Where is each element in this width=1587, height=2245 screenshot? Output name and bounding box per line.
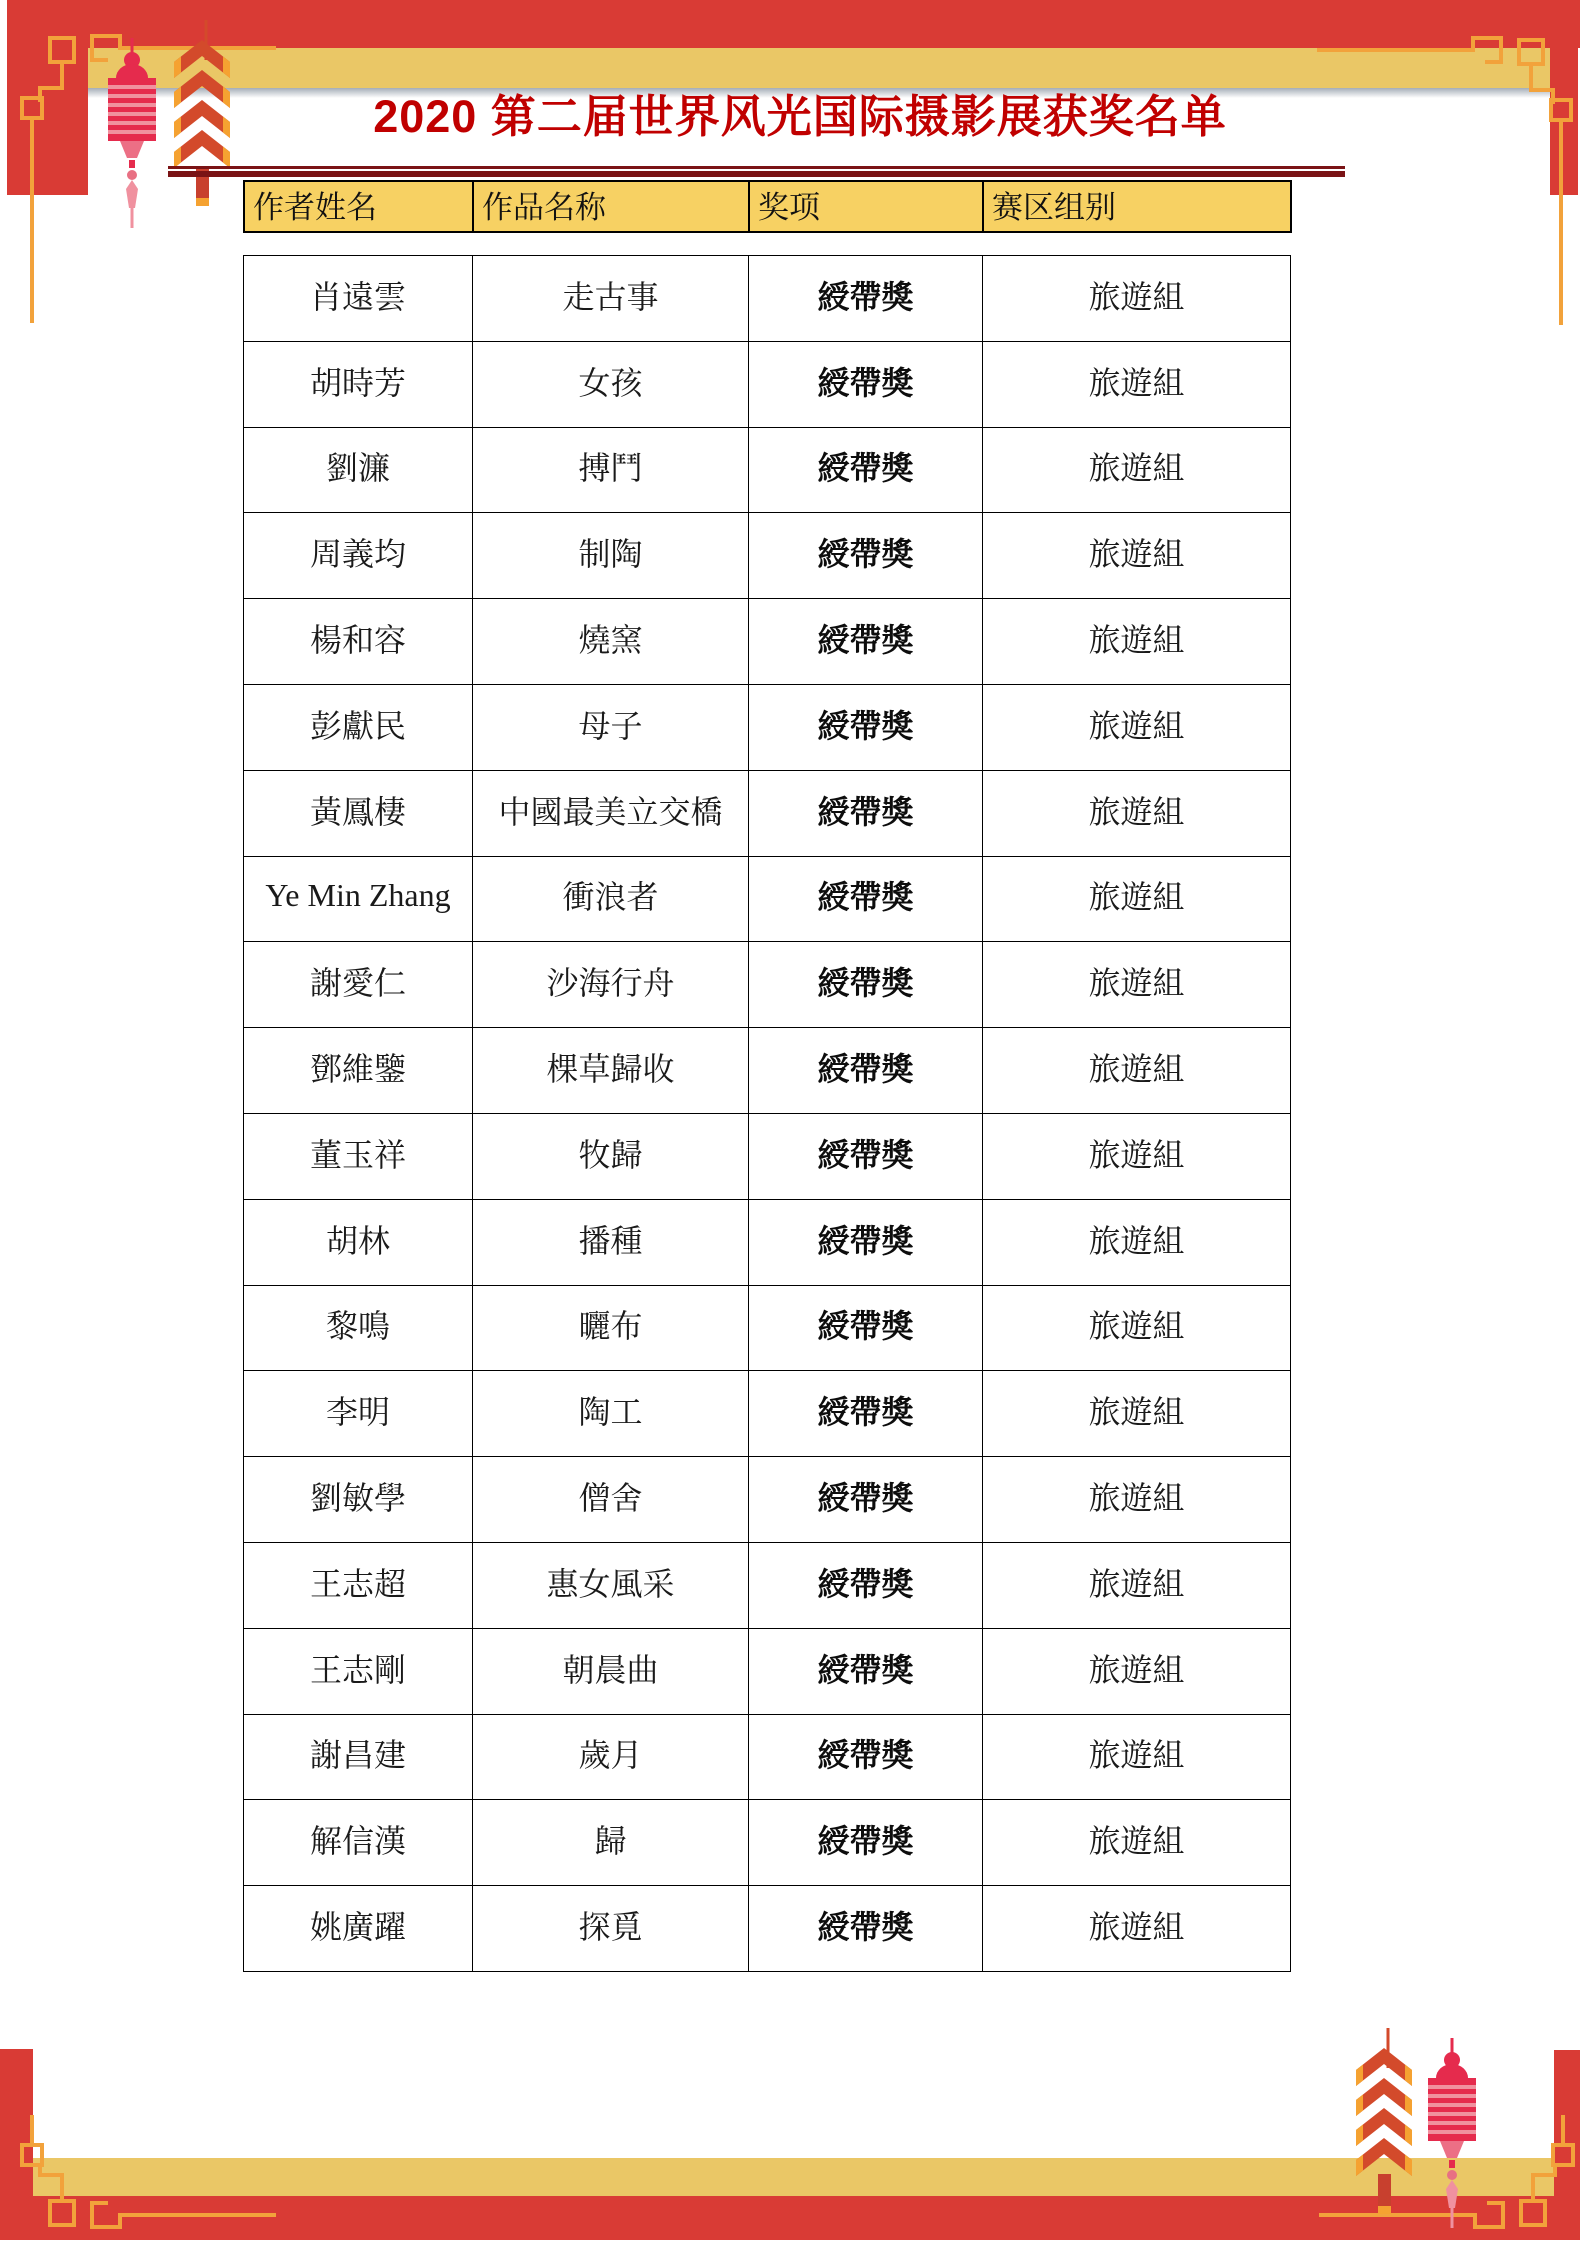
table-row: 王志剛朝晨曲綬帶獎旅遊組 (244, 1628, 1291, 1714)
author-cell: 王志剛 (244, 1628, 473, 1714)
title-divider (168, 166, 1345, 177)
author-cell: 劉濂 (244, 427, 473, 513)
table-row: 楊和容燒窯綬帶獎旅遊組 (244, 599, 1291, 685)
group-cell: 旅遊組 (983, 684, 1291, 770)
award-cell: 綬帶獎 (749, 1542, 983, 1628)
table-row: 解信漢歸綬帶獎旅遊組 (244, 1800, 1291, 1886)
table-row: 謝愛仁沙海行舟綬帶獎旅遊組 (244, 942, 1291, 1028)
work-cell: 女孩 (473, 341, 749, 427)
author-cell: 胡林 (244, 1199, 473, 1285)
title-divider-thick-line (168, 171, 1345, 177)
award-cell: 綬帶獎 (749, 1199, 983, 1285)
table-row: 胡時芳女孩綬帶獎旅遊組 (244, 341, 1291, 427)
group-cell: 旅遊組 (983, 1285, 1291, 1371)
award-cell: 綬帶獎 (749, 256, 983, 342)
table-row: 肖遠雲走古事綬帶獎旅遊組 (244, 256, 1291, 342)
work-cell: 制陶 (473, 513, 749, 599)
author-cell: 謝愛仁 (244, 942, 473, 1028)
group-cell: 旅遊組 (983, 1628, 1291, 1714)
firecracker-icon (170, 20, 234, 210)
awards-table-body: 肖遠雲走古事綬帶獎旅遊組胡時芳女孩綬帶獎旅遊組劉濂搏鬥綬帶獎旅遊組周義均制陶綬帶… (244, 256, 1291, 1972)
author-cell: 黃鳳棲 (244, 770, 473, 856)
table-row: 周義均制陶綬帶獎旅遊組 (244, 513, 1291, 599)
author-cell: 楊和容 (244, 599, 473, 685)
group-cell: 旅遊組 (983, 856, 1291, 942)
work-cell: 沙海行舟 (473, 942, 749, 1028)
document-page: 2020 第二届世界风光国际摄影展获奖名单 作者姓名 作品名称 奖项 赛区组别 … (0, 0, 1587, 2245)
table-row: 董玉祥牧歸綬帶獎旅遊組 (244, 1113, 1291, 1199)
group-cell: 旅遊組 (983, 1542, 1291, 1628)
author-cell: 鄧維鑒 (244, 1028, 473, 1114)
work-cell: 衝浪者 (473, 856, 749, 942)
table-row: 劉敏學僧舍綬帶獎旅遊組 (244, 1457, 1291, 1543)
author-cell: 姚廣躍 (244, 1886, 473, 1972)
table-row: 黃鳳棲中國最美立交橋綬帶獎旅遊組 (244, 770, 1291, 856)
group-cell: 旅遊組 (983, 341, 1291, 427)
header-award: 奖项 (749, 181, 983, 232)
header-group: 赛区组别 (983, 181, 1291, 232)
header-row: 作者姓名 作品名称 奖项 赛区组别 (244, 181, 1291, 232)
award-cell: 綬帶獎 (749, 942, 983, 1028)
award-cell: 綬帶獎 (749, 1371, 983, 1457)
group-cell: 旅遊組 (983, 256, 1291, 342)
award-cell: 綬帶獎 (749, 1028, 983, 1114)
group-cell: 旅遊組 (983, 1371, 1291, 1457)
table-row: 彭獻民母子綬帶獎旅遊組 (244, 684, 1291, 770)
group-cell: 旅遊組 (983, 427, 1291, 513)
work-cell: 中國最美立交橋 (473, 770, 749, 856)
group-cell: 旅遊組 (983, 1800, 1291, 1886)
award-cell: 綬帶獎 (749, 1886, 983, 1972)
table-row: 胡林播種綬帶獎旅遊組 (244, 1199, 1291, 1285)
work-cell: 母子 (473, 684, 749, 770)
work-cell: 陶工 (473, 1371, 749, 1457)
author-cell: 董玉祥 (244, 1113, 473, 1199)
award-cell: 綬帶獎 (749, 1457, 983, 1543)
award-cell: 綬帶獎 (749, 1800, 983, 1886)
work-cell: 探覓 (473, 1886, 749, 1972)
table-row: 姚廣躍探覓綬帶獎旅遊組 (244, 1886, 1291, 1972)
work-cell: 走古事 (473, 256, 749, 342)
work-cell: 朝晨曲 (473, 1628, 749, 1714)
award-cell: 綬帶獎 (749, 599, 983, 685)
award-cell: 綬帶獎 (749, 513, 983, 599)
author-cell: 胡時芳 (244, 341, 473, 427)
award-cell: 綬帶獎 (749, 856, 983, 942)
author-cell: 謝昌建 (244, 1714, 473, 1800)
author-cell: 彭獻民 (244, 684, 473, 770)
author-cell: Ye Min Zhang (244, 856, 473, 942)
author-cell: 解信漢 (244, 1800, 473, 1886)
corner-ornament-icon (1315, 30, 1585, 330)
group-cell: 旅遊組 (983, 513, 1291, 599)
title-divider-thin-line (168, 166, 1345, 169)
table-row: 鄧維鑒棵草歸收綬帶獎旅遊組 (244, 1028, 1291, 1114)
author-cell: 周義均 (244, 513, 473, 599)
work-cell: 曬布 (473, 1285, 749, 1371)
group-cell: 旅遊組 (983, 599, 1291, 685)
award-cell: 綬帶獎 (749, 684, 983, 770)
group-cell: 旅遊組 (983, 1113, 1291, 1199)
author-cell: 李明 (244, 1371, 473, 1457)
corner-ornament-icon (8, 2085, 278, 2235)
work-cell: 搏鬥 (473, 427, 749, 513)
work-cell: 惠女風采 (473, 1542, 749, 1628)
table-row: Ye Min Zhang衝浪者綬帶獎旅遊組 (244, 856, 1291, 942)
table-row: 黎鳴曬布綬帶獎旅遊組 (244, 1285, 1291, 1371)
group-cell: 旅遊組 (983, 1886, 1291, 1972)
awards-table: 肖遠雲走古事綬帶獎旅遊組胡時芳女孩綬帶獎旅遊組劉濂搏鬥綬帶獎旅遊組周義均制陶綬帶… (243, 255, 1291, 1972)
author-cell: 肖遠雲 (244, 256, 473, 342)
table-row: 劉濂搏鬥綬帶獎旅遊組 (244, 427, 1291, 513)
work-cell: 燒窯 (473, 599, 749, 685)
work-cell: 歲月 (473, 1714, 749, 1800)
award-cell: 綬帶獎 (749, 1628, 983, 1714)
work-cell: 棵草歸收 (473, 1028, 749, 1114)
table-row: 王志超惠女風采綬帶獎旅遊組 (244, 1542, 1291, 1628)
group-cell: 旅遊組 (983, 1028, 1291, 1114)
author-cell: 劉敏學 (244, 1457, 473, 1543)
table-row: 李明陶工綬帶獎旅遊組 (244, 1371, 1291, 1457)
award-cell: 綬帶獎 (749, 341, 983, 427)
author-cell: 黎鳴 (244, 1285, 473, 1371)
award-cell: 綬帶獎 (749, 1714, 983, 1800)
firecracker-icon (1352, 2028, 1416, 2218)
award-cell: 綬帶獎 (749, 770, 983, 856)
group-cell: 旅遊組 (983, 942, 1291, 1028)
table-header: 作者姓名 作品名称 奖项 赛区组别 (243, 180, 1292, 233)
table-row: 謝昌建歲月綬帶獎旅遊組 (244, 1714, 1291, 1800)
work-cell: 歸 (473, 1800, 749, 1886)
lantern-icon (1420, 2038, 1484, 2238)
header-author: 作者姓名 (244, 181, 473, 232)
lantern-icon (100, 38, 164, 238)
work-cell: 播種 (473, 1199, 749, 1285)
group-cell: 旅遊組 (983, 1199, 1291, 1285)
header-work: 作品名称 (473, 181, 749, 232)
award-cell: 綬帶獎 (749, 427, 983, 513)
work-cell: 僧舍 (473, 1457, 749, 1543)
group-cell: 旅遊組 (983, 1457, 1291, 1543)
group-cell: 旅遊組 (983, 770, 1291, 856)
author-cell: 王志超 (244, 1542, 473, 1628)
page-title: 2020 第二届世界风光国际摄影展获奖名单 (280, 80, 1320, 145)
award-cell: 綬帶獎 (749, 1113, 983, 1199)
award-cell: 綬帶獎 (749, 1285, 983, 1371)
group-cell: 旅遊組 (983, 1714, 1291, 1800)
work-cell: 牧歸 (473, 1113, 749, 1199)
